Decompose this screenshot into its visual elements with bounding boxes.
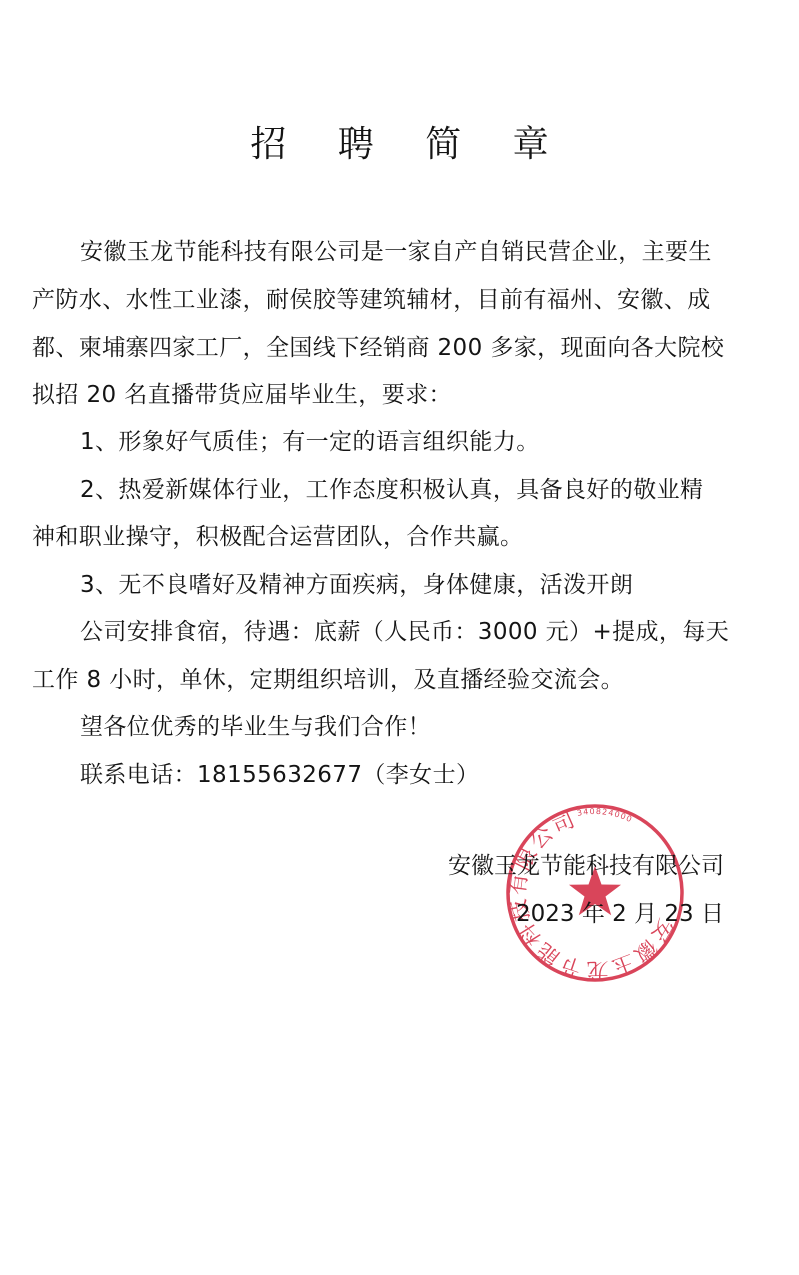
closing-line: 望各位优秀的毕业生与我们合作！: [80, 712, 780, 742]
stamp-code-text: 340824000: [575, 798, 636, 840]
page-title: 招 聘 简 章: [0, 122, 799, 168]
contact-phone: 联系电话：18155632677（李女士）: [80, 760, 780, 790]
paragraph-intro-line-2: 产防水、水性工业漆，耐侯胶等建筑辅材，目前有福州、安徽、成: [32, 285, 732, 315]
signature-company: 安徽玉龙节能科技有限公司: [448, 851, 724, 881]
company-seal-stamp: 安徽玉龙节能科技有限公司 340824000: [500, 798, 690, 988]
paragraph-intro-line-1: 安徽玉龙节能科技有限公司是一家自产自销民营企业，主要生: [80, 237, 780, 267]
benefits-line-2: 工作 8 小时，单休，定期组织培训，及直播经验交流会。: [32, 665, 732, 695]
paragraph-intro-line-4: 拟招 20 名直播带货应届毕业生，要求：: [32, 380, 732, 410]
requirement-1: 1、形象好气质佳；有一定的语言组织能力。: [80, 427, 780, 457]
requirement-2-line-2: 神和职业操守，积极配合运营团队，合作共赢。: [32, 522, 732, 552]
benefits-line-1: 公司安排食宿，待遇：底薪（人民币：3000 元）+提成，每天: [80, 617, 780, 647]
requirement-3: 3、无不良嗜好及精神方面疾病，身体健康，活泼开朗: [80, 570, 780, 600]
requirement-2-line-1: 2、热爱新媒体行业，工作态度积极认真，具备良好的敬业精: [80, 475, 780, 505]
signature-date: 2023 年 2 月 23 日: [516, 899, 724, 929]
paragraph-intro-line-3: 都、柬埔寨四家工厂，全国线下经销商 200 多家，现面向各大院校: [32, 333, 732, 363]
